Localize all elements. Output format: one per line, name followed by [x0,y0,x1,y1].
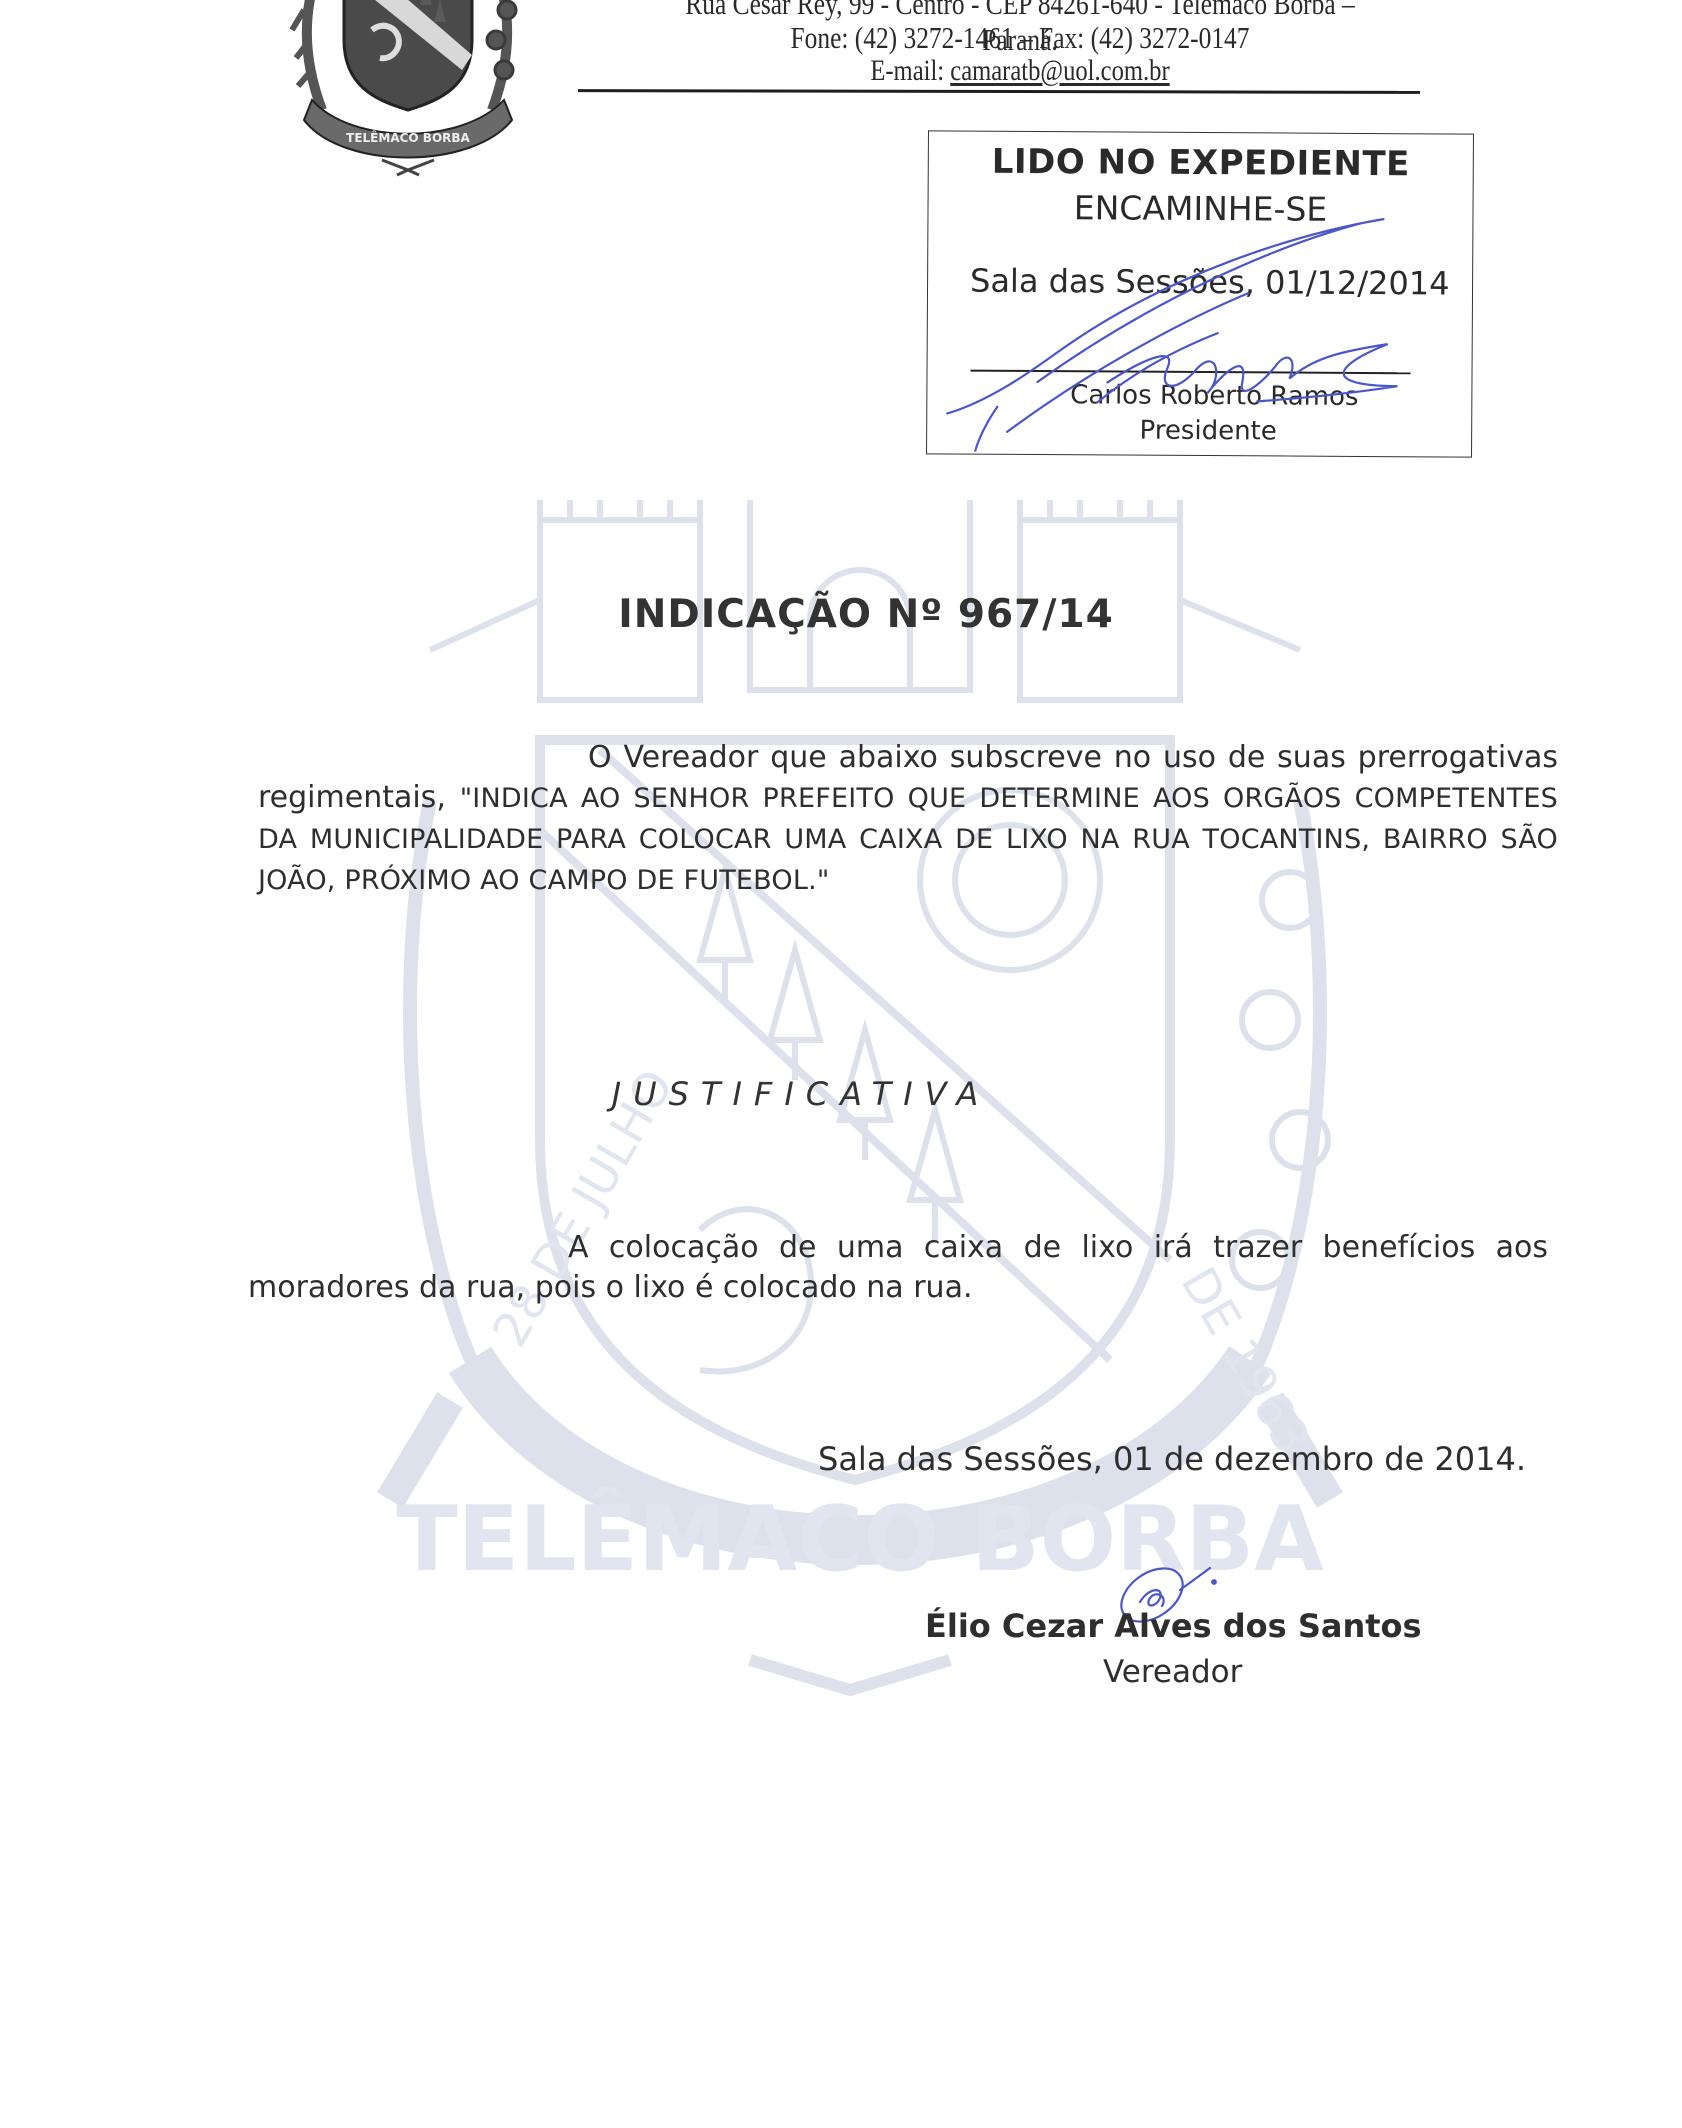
justification-heading: JUSTIFICATIVA [0,1075,1682,1113]
letterhead-email: E-mail: camaratb@uol.com.br [659,54,1381,88]
signer-name: Élio Cezar Alves dos Santos [925,1607,1422,1645]
justification-paragraph: A colocação de uma caixa de lixo irá tra… [248,1228,1548,1308]
stamp-title: LIDO NO EXPEDIENTE [929,141,1473,184]
stamp-signer-name: Carlos Roberto Ramos [927,379,1471,412]
svg-text:TELÊMACO BORBA: TELÊMACO BORBA [346,130,470,145]
email-link[interactable]: camaratb@uol.com.br [950,54,1169,87]
letterhead-phone: Fone: (42) 3272-1461 – Fax: (42) 3272-01… [659,20,1381,56]
document-title: INDICAÇÃO Nº 967/14 [0,592,1682,637]
email-label: E-mail: [870,54,950,87]
closing-date: Sala das Sessões, 01 de dezembro de 2014… [818,1440,1526,1478]
letterhead: Rua Cesar Rey, 99 - Centro - CEP 84261-6… [580,0,1460,100]
municipal-crest-logo: TELÊMACO BORBA [282,0,532,190]
stamp-signature-line [971,370,1411,375]
reception-stamp: LIDO NO EXPEDIENTE ENCAMINHE-SE Sala das… [926,130,1474,457]
stamp-date: Sala das Sessões, 01/12/2014 [970,262,1450,303]
indication-paragraph: O Vereador que abaixo subscreve no uso d… [258,738,1558,901]
stamp-signer-role: Presidente [927,414,1471,447]
signer-role: Vereador [1103,1654,1242,1690]
stamp-subtitle: ENCAMINHE-SE [928,187,1472,229]
